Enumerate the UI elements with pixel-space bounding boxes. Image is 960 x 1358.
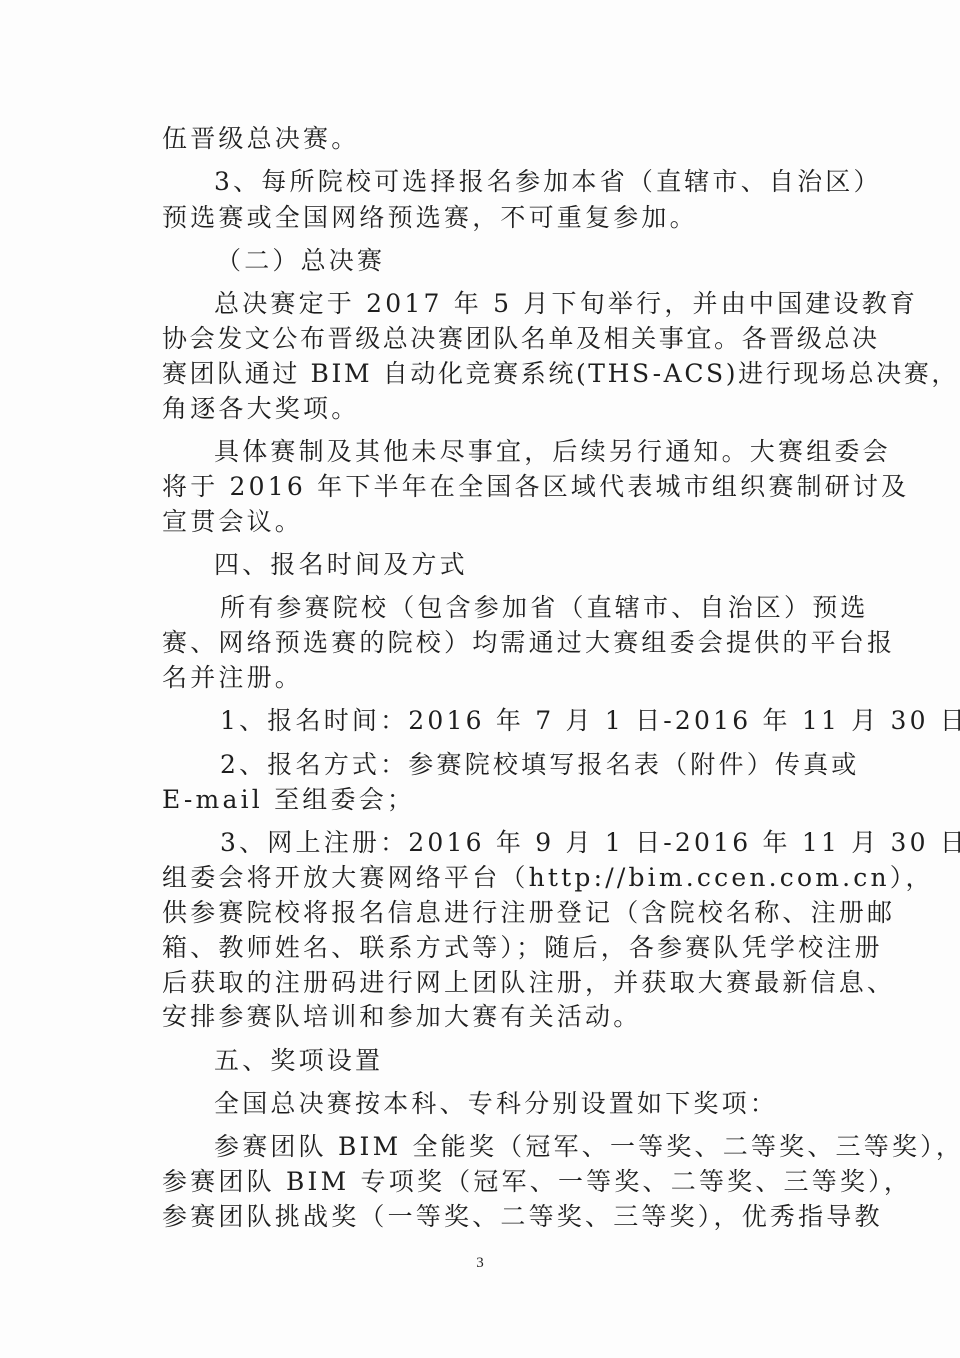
section-heading: 五、奖项设置 bbox=[214, 1046, 383, 1076]
paragraph-line: 总决赛定于 2017 年 5 月下旬举行，并由中国建设教育 bbox=[214, 289, 918, 319]
paragraph-line: 预选赛或全国网络预选赛，不可重复参加。 bbox=[162, 203, 698, 233]
paragraph-line: 赛、网络预选赛的院校）均需通过大赛组委会提供的平台报 bbox=[162, 628, 895, 658]
paragraph-line: 供参赛院校将报名信息进行注册登记（含院校名称、注册邮 bbox=[162, 898, 895, 928]
paragraph-line: 参赛团队挑战奖（一等奖、二等奖、三等奖），优秀指导教 bbox=[162, 1202, 883, 1232]
paragraph-line: 全国总决赛按本科、专科分别设置如下奖项： bbox=[214, 1089, 778, 1119]
paragraph-line: 伍晋级总决赛。 bbox=[162, 124, 359, 154]
paragraph-line: 赛团队通过 BIM 自动化竞赛系统(THS-ACS)进行现场总决赛， bbox=[162, 359, 959, 389]
section-heading: （二）总决赛 bbox=[216, 246, 385, 276]
section-heading: 四、报名时间及方式 bbox=[214, 550, 468, 580]
paragraph-line: 3、每所院校可选择报名参加本省（直辖市、自治区） bbox=[214, 167, 882, 197]
paragraph-line: 参赛团队 BIM 专项奖（冠军、一等奖、二等奖、三等奖）， bbox=[162, 1167, 912, 1197]
paragraph-line: 所有参赛院校（包含参加省（直辖市、自治区）预选 bbox=[220, 593, 869, 623]
paragraph-line: 具体赛制及其他未尽事宜，后续另行通知。大赛组委会 bbox=[214, 437, 891, 467]
document-page: 伍晋级总决赛。 3、每所院校可选择报名参加本省（直辖市、自治区） 预选赛或全国网… bbox=[0, 0, 960, 1358]
paragraph-line: 箱、教师姓名、联系方式等）；随后，各参赛队凭学校注册 bbox=[162, 933, 883, 963]
paragraph-line: 角逐各大奖项。 bbox=[162, 394, 359, 424]
list-item: 1、报名时间：2016 年 7 月 1 日-2016 年 11 月 30 日； bbox=[220, 706, 960, 736]
paragraph-line: 名并注册。 bbox=[162, 663, 303, 693]
list-item: 3、网上注册：2016 年 9 月 1 日-2016 年 11 月 30 日， bbox=[220, 828, 960, 858]
paragraph-line: 宣贯会议。 bbox=[162, 507, 303, 537]
paragraph-line: 后获取的注册码进行网上团队注册，并获取大赛最新信息、 bbox=[162, 968, 895, 998]
paragraph-line: 组委会将开放大赛网络平台（http://bim.ccen.com.cn）， bbox=[162, 863, 934, 893]
paragraph-line: 将于 2016 年下半年在全国各区域代表城市组织赛制研讨及 bbox=[162, 472, 909, 502]
page-number: 3 bbox=[0, 1255, 960, 1272]
paragraph-line: E-mail 至组委会； bbox=[162, 785, 415, 815]
paragraph-line: 安排参赛队培训和参加大赛有关活动。 bbox=[162, 1002, 641, 1032]
paragraph-line: 协会发文公布晋级总决赛团队名单及相关事宜。各晋级总决 bbox=[162, 324, 880, 354]
list-item: 2、报名方式：参赛院校填写报名表（附件）传真或 bbox=[220, 750, 860, 780]
paragraph-line: 参赛团队 BIM 全能奖（冠军、一等奖、二等奖、三等奖）， bbox=[214, 1132, 960, 1162]
